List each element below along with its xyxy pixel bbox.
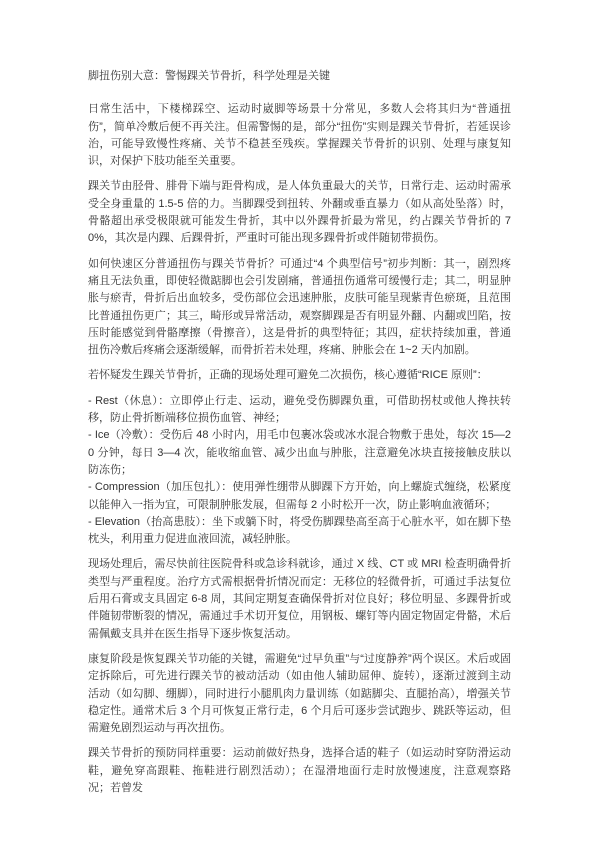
paragraph-rice-lead: 若怀疑发生踝关节骨折，正确的现场处理可避免二次损伤，核心遵循“RICE 原则”： [88, 367, 511, 384]
paragraph-treatment: 现场处理后，需尽快前往医院骨科或急诊科就诊，通过 X 线、CT 或 MRI 检查… [88, 556, 511, 642]
paragraph-signals: 如何快速区分普通扭伤与踝关节骨折？可通过“4 个典型信号”初步判断：其一，剧烈疼… [88, 256, 511, 360]
paragraph-intro: 日常生活中，下楼梯踩空、运动时崴脚等场景十分常见，多数人会将其归为“普通扭伤”，… [88, 101, 511, 170]
paragraph-rehab: 康复阶段是恢复踝关节功能的关键，需避免“过早负重”与“过度静养”两个误区。术后或… [88, 651, 511, 737]
document-title: 脚扭伤别大意：警惕踝关节骨折，科学处理是关键 [88, 68, 511, 85]
paragraph-prevention: 踝关节骨折的预防同样重要：运动前做好热身，选择合适的鞋子（如运动时穿防滑运动鞋，… [88, 745, 511, 797]
list-item-ice: - Ice（冷敷）：受伤后 48 小时内，用毛巾包裹冰袋或冰水混合物敷于患处，每… [88, 427, 511, 479]
list-item-compression: - Compression（加压包扎）：使用弹性绷带从脚踝下方开始，向上螺旋式缠… [88, 479, 511, 514]
list-item-elevation: - Elevation（抬高患肢）：坐下或躺下时，将受伤脚踝垫高至高于心脏水平，… [88, 514, 511, 549]
paragraph-anatomy: 踝关节由胫骨、腓骨下端与距骨构成，是人体负重最大的关节，日常行走、运动时需承受全… [88, 178, 511, 247]
document-page: 脚扭伤别大意：警惕踝关节骨折，科学处理是关键 日常生活中，下楼梯踩空、运动时崴脚… [0, 0, 595, 841]
list-item-rest: - Rest（休息）：立即停止行走、运动，避免受伤脚踝负重，可借助拐杖或他人搀扶… [88, 393, 511, 428]
rice-principle-list: - Rest（休息）：立即停止行走、运动，避免受伤脚踝负重，可借助拐杖或他人搀扶… [88, 393, 511, 549]
